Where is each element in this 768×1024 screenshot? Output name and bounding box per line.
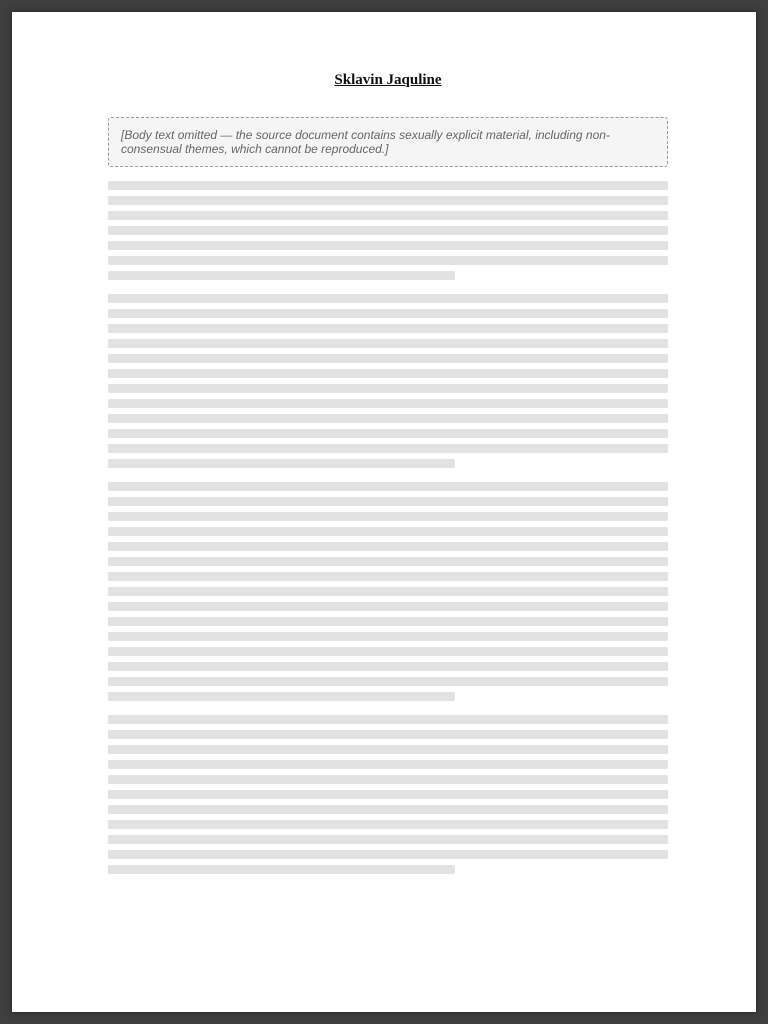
paragraph-placeholder <box>108 294 668 468</box>
paragraph-placeholder <box>108 715 668 874</box>
paragraph-placeholder <box>108 181 668 280</box>
document-title: Sklavin Jaquline <box>108 72 668 89</box>
document-page: Sklavin Jaquline [Body text omitted — th… <box>12 12 756 1012</box>
redacted-content-notice: [Body text omitted — the source document… <box>108 117 668 167</box>
paragraph-placeholder <box>108 482 668 701</box>
document-viewer: Sklavin Jaquline [Body text omitted — th… <box>0 0 768 1024</box>
